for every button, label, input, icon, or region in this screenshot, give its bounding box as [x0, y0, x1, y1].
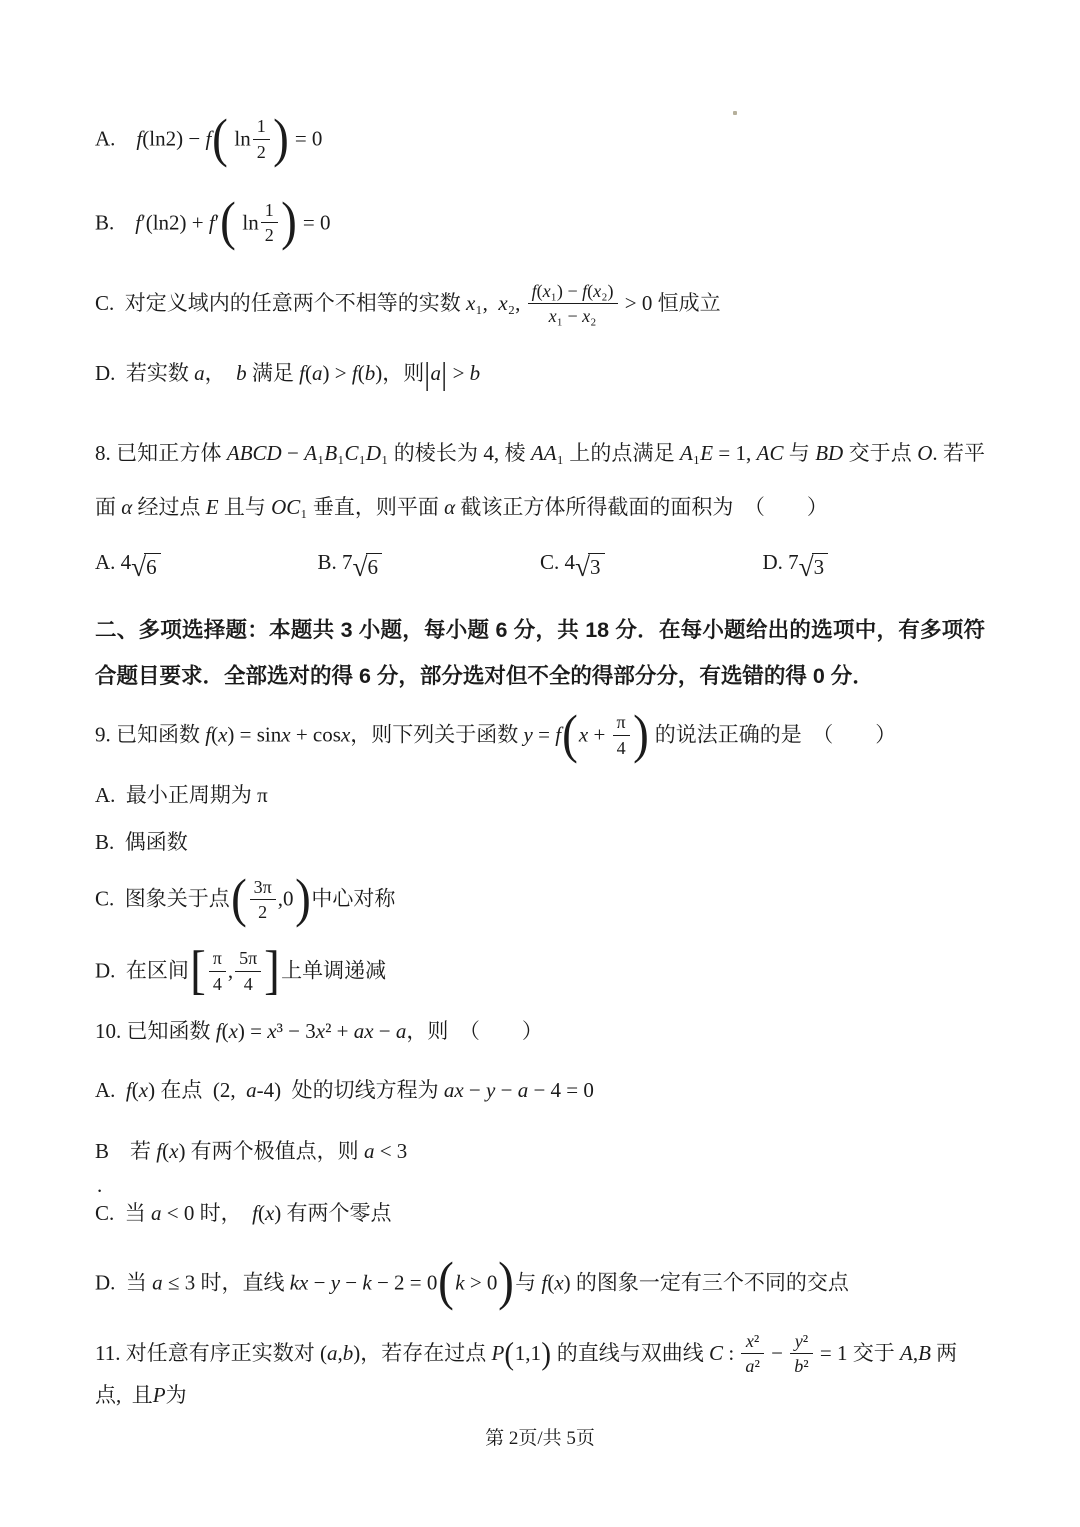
math-var: ax: [444, 1078, 464, 1102]
math-var: α: [121, 495, 132, 519]
math-var: ax: [354, 1019, 374, 1043]
q9-option-c: C. 图象关于点(3π2,0)中心对称: [95, 874, 985, 928]
q8-stem: 8. 已知正方体 ABCD − A₁B₁C₁D₁ 的棱长为 4, 棱 AA₁ 上…: [95, 427, 985, 534]
math-var: f: [299, 361, 305, 385]
math-var: f: [135, 210, 141, 234]
q9-option-d: D. 在区间[π4,5π4]上单调递减: [95, 946, 985, 1000]
math-var: B: [324, 441, 337, 465]
q8-options-row: A. 4√6 B. 7√6 C. 4√3 D. 7√3: [95, 546, 985, 581]
math-var: f: [352, 361, 358, 385]
q10-option-c: C. 当 a < 0 时， f(x) 有两个零点: [95, 1197, 985, 1230]
math-var: x: [593, 281, 601, 301]
big-delimiter: (: [231, 872, 247, 926]
q8-option-b: B. 7√6: [318, 546, 541, 581]
sqrt: √3: [575, 553, 604, 582]
math-var: b: [236, 361, 247, 385]
math-var: f: [252, 1201, 258, 1225]
fraction: 12: [261, 199, 278, 247]
q10-stem: 10. 已知函数 f(x) = x³ − 3x² + ax − a，则 （ ）: [95, 1015, 985, 1048]
math-var: x: [498, 291, 507, 315]
math-var: a: [327, 1341, 338, 1365]
math-var: x: [229, 1019, 238, 1043]
fraction: x²a²: [741, 1330, 763, 1378]
math-var: x: [316, 1019, 325, 1043]
q9-stem: 9. 已知函数 f(x) = sinx + cosx，则下列关于函数 y = f…: [95, 710, 985, 764]
fraction: π4: [613, 711, 630, 759]
math-var: C: [345, 441, 359, 465]
big-delimiter: (: [562, 708, 578, 762]
math-var: y: [331, 1270, 340, 1294]
math-var: b: [470, 361, 481, 385]
big-delimiter: (: [212, 112, 228, 166]
math-var: x: [543, 281, 551, 301]
math-var: f: [205, 722, 211, 746]
math-var: a: [246, 1078, 257, 1102]
math-var: E: [700, 441, 713, 465]
q9-option-b: B. 偶函数: [95, 826, 985, 859]
math-var: x: [218, 722, 227, 746]
med-delimiter: ): [541, 1338, 551, 1370]
math-var: f: [582, 281, 587, 301]
math-var: a: [151, 1201, 162, 1225]
math-var: f: [209, 210, 215, 234]
q7-option-b: B. f′(ln2) + f′( ln12) = 0: [95, 198, 985, 252]
page-footer: 第 2页/共 5页: [95, 1426, 985, 1453]
math-var: x: [341, 722, 350, 746]
math-var: C: [709, 1341, 723, 1365]
math-var: BD: [815, 441, 843, 465]
math-var: a: [431, 361, 442, 385]
math-var: f: [542, 1270, 548, 1294]
math-var: ABCD: [227, 441, 282, 465]
math-var: x: [139, 1078, 148, 1102]
math-var: x: [579, 722, 588, 746]
math-var: x: [466, 291, 475, 315]
math-var: O: [917, 441, 932, 465]
q7-option-d: D. 若实数 a， b 满足 f(a) > f(b)，则|a| > b: [95, 357, 985, 391]
q8-option-d: D. 7√3: [763, 546, 986, 581]
stray-mark: [733, 111, 737, 115]
math-var: E: [206, 495, 219, 519]
math-var: P: [153, 1383, 166, 1407]
big-delimiter: ]: [264, 944, 280, 998]
big-delimiter: ): [498, 1255, 514, 1309]
math-var: x: [267, 1019, 276, 1043]
q10-option-b: B 若 f(x) 有两个极值点，则 a < 3: [95, 1135, 985, 1168]
math-var: x: [265, 1201, 274, 1225]
q7-option-c: C. 对定义域内的任意两个不相等的实数 x₁, x₂, f(x₁) − f(x₂…: [95, 281, 985, 329]
q8-option-a: A. 4√6: [95, 546, 318, 581]
math-var: a: [518, 1078, 529, 1102]
fraction: y²b²: [790, 1330, 812, 1378]
math-var: B: [918, 1341, 931, 1365]
math-var: AA: [531, 441, 557, 465]
sqrt: √3: [799, 553, 828, 582]
big-delimiter: ): [273, 112, 289, 166]
math-var: f: [555, 722, 561, 746]
math-var: A: [304, 441, 317, 465]
fraction: 5π4: [235, 947, 261, 995]
math-var: y: [486, 1078, 495, 1102]
big-delimiter: (: [220, 195, 236, 249]
section2-heading: 二、多项选择题：本题共 3 小题，每小题 6 分，共 18 分．在每小题给出的选…: [95, 607, 985, 699]
math-var: a: [745, 1356, 754, 1376]
math-var: x: [169, 1139, 178, 1163]
exam-page: A. f(ln2) − f( ln12) = 0 B. f′(ln2) + f′…: [0, 0, 1080, 1452]
big-delimiter: (: [438, 1255, 454, 1309]
big-delimiter: ): [295, 872, 311, 926]
math-var: y: [795, 1331, 803, 1351]
med-delimiter: |: [424, 358, 430, 390]
big-delimiter: ): [281, 195, 297, 249]
math-var: A: [680, 441, 693, 465]
math-var: f: [205, 127, 211, 151]
math-var: k: [362, 1270, 371, 1294]
math-var: a: [152, 1270, 163, 1294]
big-delimiter: [: [190, 944, 206, 998]
big-delimiter: ): [633, 708, 649, 762]
math-var: b: [343, 1341, 354, 1365]
math-var: α: [444, 495, 455, 519]
math-var: a: [364, 1139, 375, 1163]
fraction: 3π2: [250, 876, 276, 924]
math-var: a: [396, 1019, 407, 1043]
math-var: f: [136, 127, 142, 151]
math-var: f: [532, 281, 537, 301]
q10-option-d: D. 当 a ≤ 3 时，直线 kx − y − k − 2 = 0(k > 0…: [95, 1258, 985, 1312]
math-var: P: [491, 1341, 504, 1365]
math-var: a: [194, 361, 205, 385]
q9-option-a: A. 最小正周期为 π: [95, 779, 985, 812]
sqrt: √6: [131, 553, 160, 582]
math-var: OC: [271, 495, 300, 519]
med-delimiter: |: [441, 358, 447, 390]
math-var: f: [126, 1078, 132, 1102]
med-delimiter: (: [505, 1338, 515, 1370]
math-var: x: [582, 306, 590, 326]
math-var: x: [281, 722, 290, 746]
math-var: f: [156, 1139, 162, 1163]
q8-option-c: C. 4√3: [540, 546, 763, 581]
math-var: D: [366, 441, 381, 465]
label-with-dot-below: B: [95, 1139, 109, 1163]
math-var: A: [900, 1341, 913, 1365]
math-var: kx: [290, 1270, 309, 1294]
math-var: a: [312, 361, 323, 385]
math-var: b: [365, 361, 376, 385]
math-var: k: [455, 1270, 464, 1294]
math-var: y: [524, 722, 533, 746]
math-var: b: [794, 1356, 803, 1376]
fraction: 12: [253, 115, 270, 163]
math-var: x: [554, 1270, 563, 1294]
math-var: x: [549, 306, 557, 326]
sqrt: √6: [353, 553, 382, 582]
math-var: x: [746, 1331, 754, 1351]
math-var: f: [216, 1019, 222, 1043]
fraction: π4: [209, 947, 226, 995]
q11-stem: 11. 对任意有序正实数对 (a,b)，若存在过点 P(1,1) 的直线与双曲线…: [95, 1331, 985, 1412]
q10-option-a: A. f(x) 在点 (2, a-4) 处的切线方程为 ax − y − a −…: [95, 1074, 985, 1107]
math-var: AC: [757, 441, 784, 465]
q7-option-a: A. f(ln2) − f( ln12) = 0: [95, 114, 985, 168]
fraction: f(x₁) − f(x₂)x₁ − x₂: [528, 280, 618, 328]
